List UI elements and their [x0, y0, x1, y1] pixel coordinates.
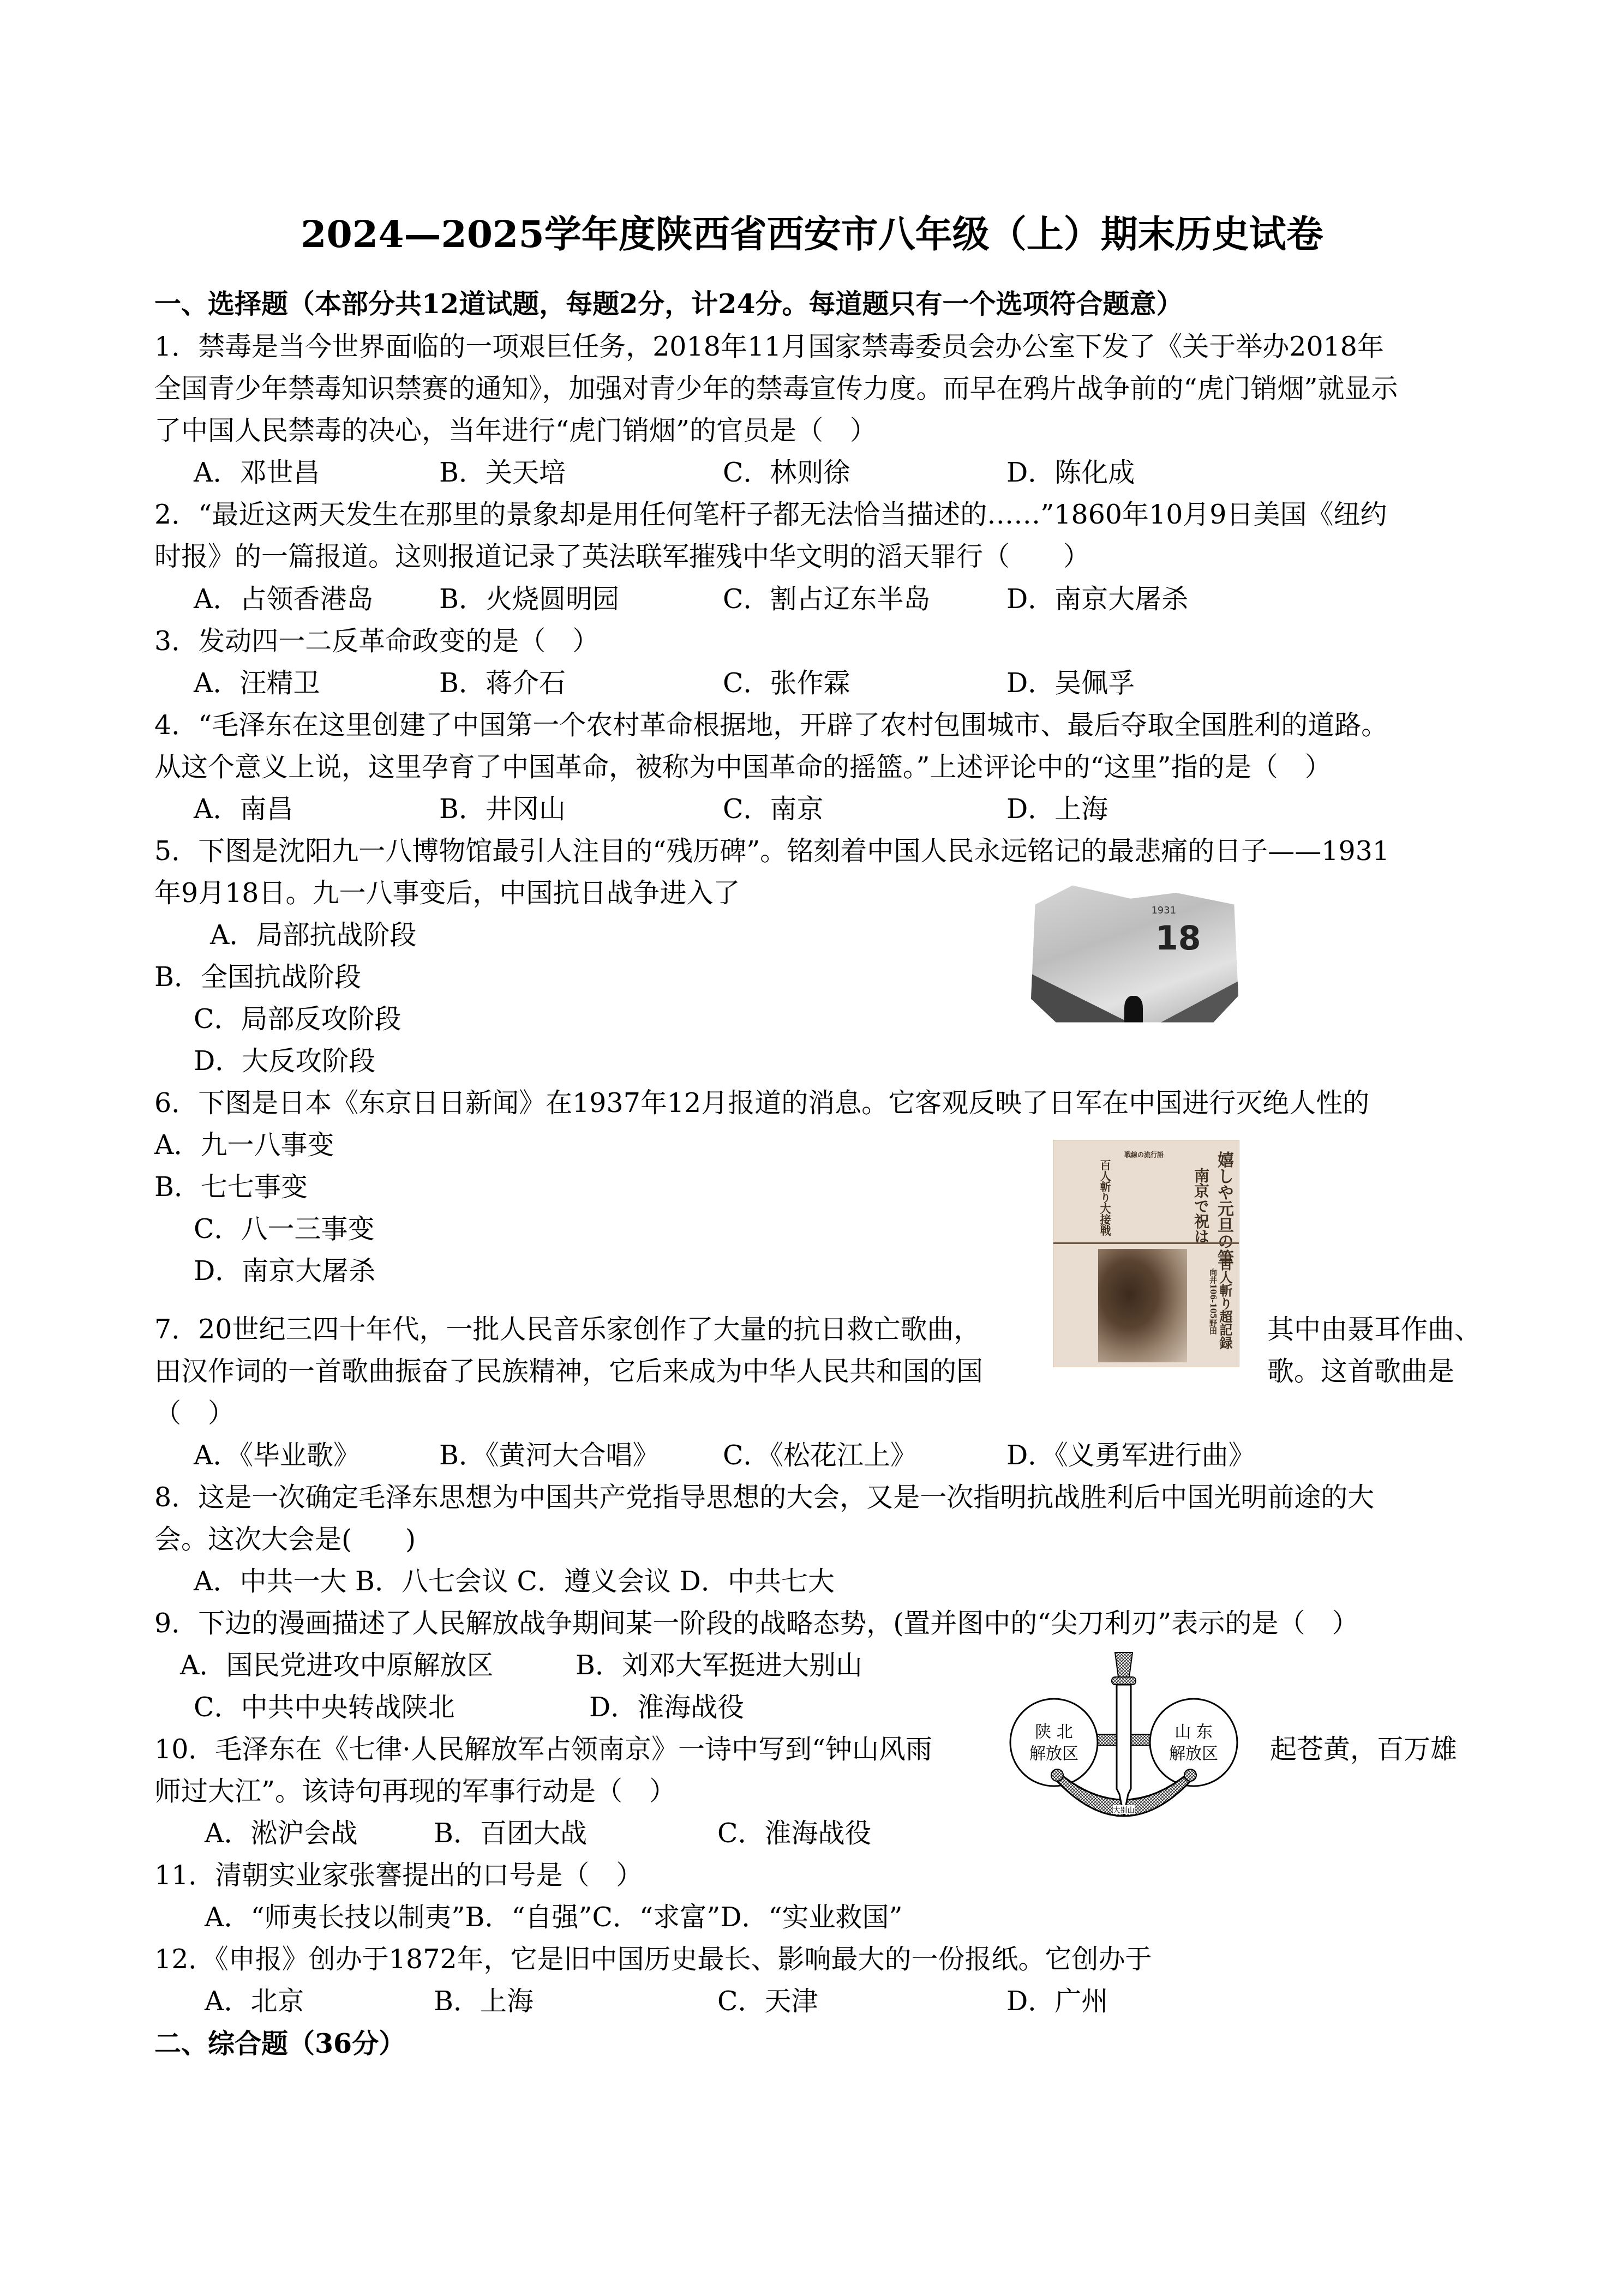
q4-line-2: 从这个意义上说，这里孕育了中国革命，被称为中国革命的摇篮。”上述评论中的“这里”…	[154, 751, 1332, 784]
q5-option-b: B．全国抗战阶段	[154, 961, 361, 994]
q7-option-b: B．《黄河大合唱》	[439, 1439, 660, 1472]
q7-option-c: C．《松花江上》	[723, 1439, 917, 1472]
q2-option-b: B．火烧圆明园	[439, 583, 619, 616]
q11-line-1: 11．清朝实业家张謇提出的口号是（ ）	[154, 1859, 643, 1892]
q9-option-d: D．淮海战役	[589, 1691, 744, 1724]
q10-line-1-right: 起苍黄，百万雄	[1270, 1733, 1457, 1766]
q5-line-1: 5．下图是沈阳九一八博物馆最引人注目的“残历碑”。铭刻着中国人民永远铭记的最悲痛…	[154, 835, 1389, 868]
q5-line-2: 年9月18日。九一八事变后，中国抗日战争进入了	[154, 877, 740, 910]
q1-line-2: 全国青少年禁毒知识禁赛的通知》，加强对青少年的禁毒宣传力度。而早在鸦片战争前的“…	[154, 372, 1398, 405]
section-1-heading: 一、选择题（本部分共12道试题，每题2分，计24分。每道题只有一个选项符合题意）	[154, 287, 1183, 320]
q4-option-c: C．南京	[723, 793, 824, 826]
q2-line-2: 时报》的一篇报道。这则报道记录了英法联军摧残中华文明的滔天罪行（ ）	[154, 540, 1090, 573]
q3-option-c: C．张作霖	[723, 667, 850, 700]
q1-option-d: D．陈化成	[1006, 456, 1135, 489]
q3-option-b: B．蒋介石	[439, 667, 566, 700]
q9-option-a: A．国民党进攻中原解放区	[180, 1649, 493, 1682]
q3-line-1: 3．发动四一二反革命政变的是（ ）	[154, 625, 599, 658]
q9-line-1: 9．下边的漫画描述了人民解放战争期间某一阶段的战略态势，(置并图中的“尖刀利刃”…	[154, 1607, 1358, 1640]
q11-options: A．“师夷长技以制夷”B．“自强”C．“求富”D．“实业救国”	[205, 1901, 903, 1934]
q9-option-c: C．中共中央转战陕北	[194, 1691, 455, 1724]
monument-date-number: 18	[1155, 919, 1201, 958]
q2-line-1: 2．“最近这两天发生在那里的景象却是用任何笔杆子都无法恰当描述的……”1860年…	[154, 498, 1387, 531]
q10-option-c: C．淮海战役	[717, 1817, 872, 1850]
q12-option-b: B．上海	[434, 1985, 534, 2018]
q1-line-3: 了中国人民禁毒的决心，当年进行“虎门销烟”的官员是（ ）	[154, 414, 877, 447]
cartoon-bottom-label: 大别山	[1113, 1806, 1134, 1814]
q6-option-b: B．七七事变	[154, 1171, 308, 1204]
q7-option-d: D．《义勇军进行曲》	[1006, 1439, 1255, 1472]
monument-shadow-right	[1155, 981, 1238, 1025]
newspaper-divider	[1053, 1242, 1239, 1244]
q5-option-d: D．大反攻阶段	[194, 1045, 375, 1078]
q6-line-1: 6．下图是日本《东京日日新闻》在1937年12月报道的消息。它客观反映了日军在中…	[154, 1087, 1369, 1120]
monument-shadow-left	[1031, 974, 1124, 1026]
q2-option-d: D．南京大屠杀	[1006, 583, 1188, 616]
q5-option-c: C．局部反攻阶段	[194, 1003, 401, 1036]
cartoon-left-label-2: 解放区	[1029, 1744, 1078, 1763]
monument-year: 1931	[1151, 905, 1176, 916]
section-2-heading: 二、综合题（36分）	[154, 2027, 405, 2060]
q8-line-2: 会。这次大会是( )	[154, 1523, 416, 1556]
q1-option-b: B．关天培	[439, 456, 566, 489]
newspaper-headline-1: 嬉しや元旦の筆	[1212, 1151, 1236, 1266]
q8-options: A．中共一大 B．八七会议 C．遵义会议 D．中共七大	[194, 1565, 835, 1598]
q6-option-a: A．九一八事变	[154, 1129, 334, 1162]
q8-line-1: 8．这是一次确定毛泽东思想为中国共产党指导思想的大会，又是一次指明抗战胜利后中国…	[154, 1481, 1374, 1514]
q6-option-d: D．南京大屠杀	[194, 1255, 375, 1288]
newspaper-headline-6: 戦線の流行語	[1124, 1150, 1164, 1159]
q1-line-1: 1．禁毒是当今世界面临的一项艰巨任务，2018年11月国家禁毒委员会办公室下发了…	[154, 330, 1384, 363]
cartoon-right-label-2: 解放区	[1169, 1744, 1218, 1763]
newspaper-headline-5: 向井106-105野田	[1207, 1269, 1218, 1334]
q7-line-1-right: 其中由聂耳作曲、	[1267, 1313, 1481, 1346]
q7-line-2: 田汉作词的一首歌曲振奋了民族精神，它后来成为中华人民共和国的国	[154, 1355, 983, 1388]
q4-option-b: B．井冈山	[439, 793, 566, 826]
newspaper-headline-2: 南京で祝は	[1190, 1168, 1212, 1244]
newspaper-headline-4: 百人斬り超記録	[1215, 1258, 1235, 1349]
newspaper-headline-3: 百人斬り大接戦	[1097, 1159, 1113, 1236]
q3-option-a: A．汪精卫	[194, 667, 320, 700]
q12-option-a: A．北京	[205, 1985, 304, 2018]
q7-option-a: A．《毕业歌》	[194, 1439, 360, 1472]
q6-option-c: C．八一三事变	[194, 1213, 375, 1246]
q4-option-d: D．上海	[1006, 793, 1108, 826]
q10-option-a: A．淞沪会战	[205, 1817, 357, 1850]
cartoon-right-label-1: 山 东	[1174, 1722, 1213, 1741]
strategic-cartoon-dagger: 陕 北 解放区 山 东 解放区 大别山	[1004, 1642, 1244, 1822]
q4-line-1: 4．“毛泽东在这里创建了中国第一个农村革命根据地，开辟了农村包围城市、最后夺取全…	[154, 709, 1388, 742]
q9-option-b: B．刘邓大军挺进大别山	[576, 1649, 862, 1682]
q10-option-b: B．百团大战	[434, 1817, 587, 1850]
q1-option-a: A．邓世昌	[194, 456, 320, 489]
q2-option-c: C．割占辽东半岛	[723, 583, 931, 616]
exam-title: 2024—2025学年度陕西省西安市八年级（上）期末历史试卷	[0, 210, 1624, 259]
q10-line-2: 师过大江”。该诗句再现的军事行动是（ ）	[154, 1775, 676, 1808]
newspaper-photo-soldiers	[1098, 1249, 1187, 1362]
q3-option-d: D．吴佩孚	[1006, 667, 1135, 700]
q1-option-c: C．林则徐	[723, 456, 850, 489]
broken-calendar-monument-image: 1931 18	[1031, 878, 1238, 1025]
q12-option-c: C．天津	[717, 1985, 818, 2018]
dagger-cartoon-svg: 陕 北 解放区 山 东 解放区 大别山	[1004, 1642, 1244, 1822]
q10-line-1: 10．毛泽东在《七律·人民解放军占领南京》一诗中写到“钟山风雨	[154, 1733, 932, 1766]
tokyo-nichinichi-newspaper-image: 嬉しや元旦の筆 南京で祝は 百人斬り大接戦 戦線の流行語 百人斬り超記録 向井1…	[1053, 1140, 1239, 1367]
q2-option-a: A．占领香港岛	[194, 583, 373, 616]
cartoon-left-label-1: 陕 北	[1035, 1722, 1073, 1741]
q12-option-d: D．广州	[1006, 1985, 1108, 2018]
q7-line-1: 7．20世纪三四十年代，一批人民音乐家创作了大量的抗日救亡歌曲，	[154, 1313, 981, 1346]
q7-line-3: （ ）	[154, 1397, 235, 1430]
monument-door	[1124, 996, 1143, 1025]
q12-line-1: 12．《申报》创办于1872年，它是旧中国历史最长、影响最大的一份报纸。它创办于	[154, 1943, 1152, 1976]
q5-option-a: A．局部抗战阶段	[210, 919, 416, 952]
q7-line-2-right: 歌。这首歌曲是	[1267, 1355, 1454, 1388]
q4-option-a: A．南昌	[194, 793, 293, 826]
